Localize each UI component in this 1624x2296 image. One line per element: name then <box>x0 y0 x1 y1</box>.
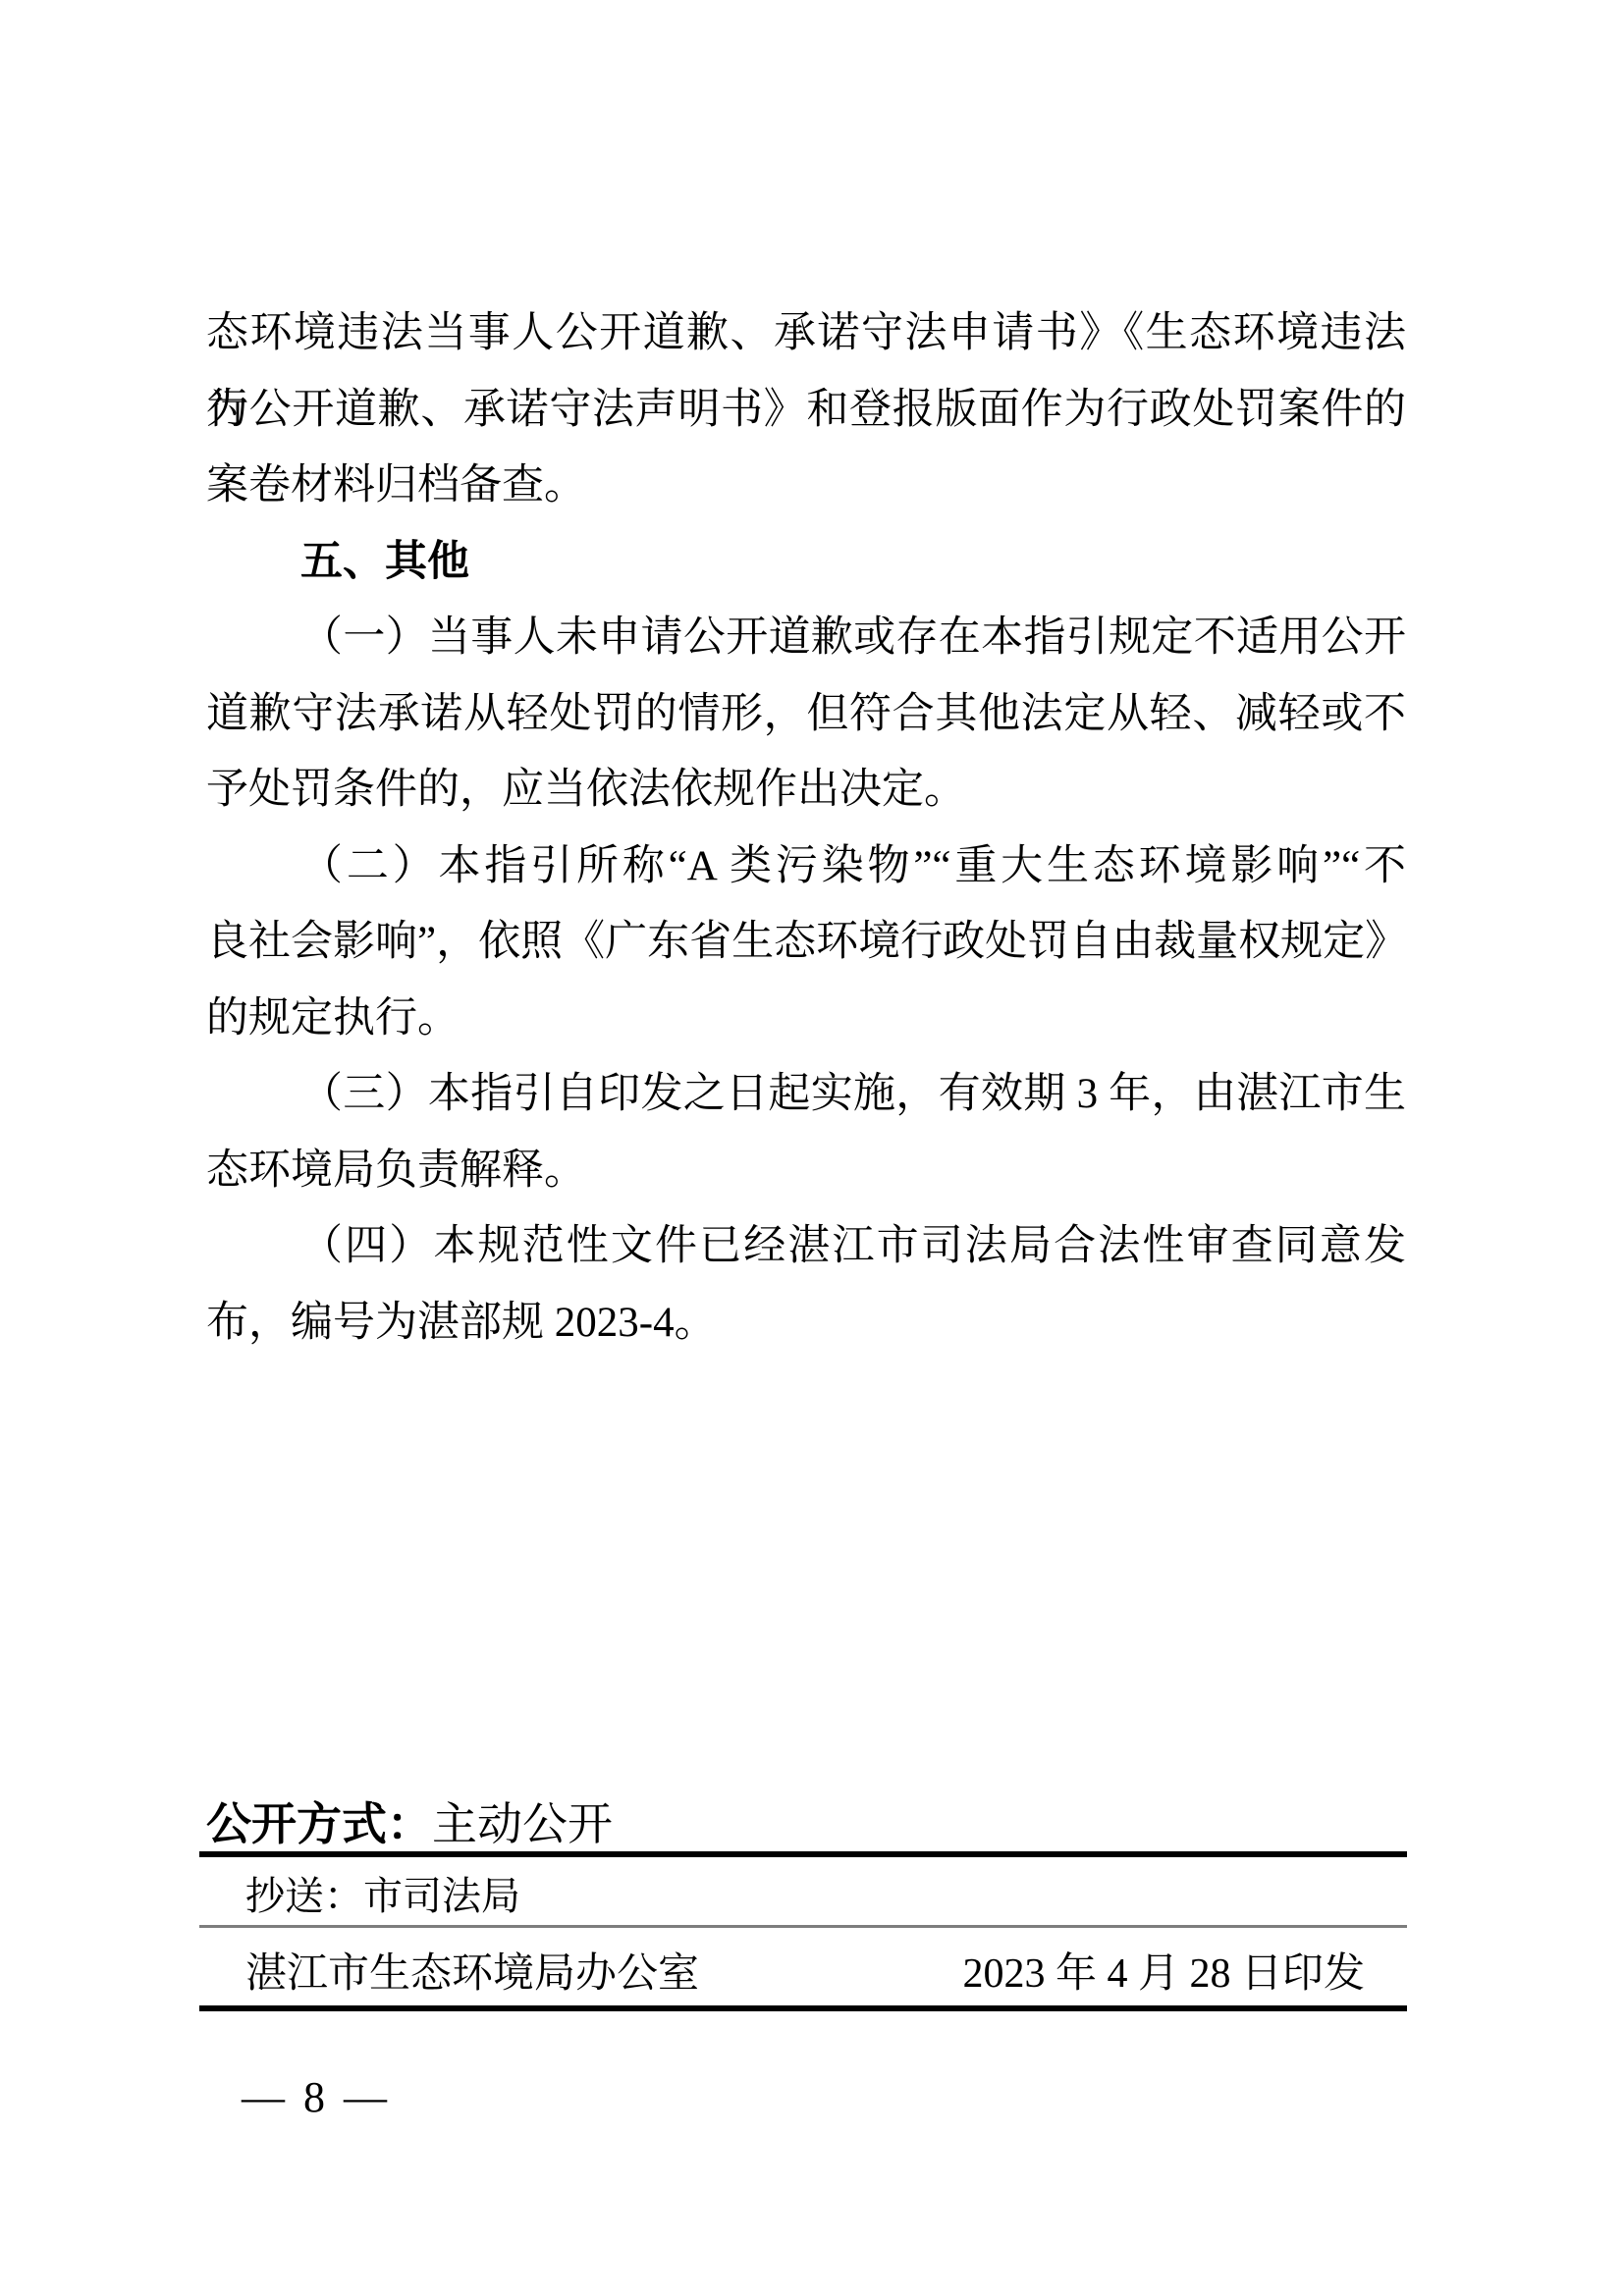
disclosure-method-value: 主动公开 <box>432 1799 613 1849</box>
disclosure-method-label: 公开方式： <box>206 1798 432 1849</box>
document-page: 态环境违法当事人公开道歉、承诺守法申请书》《生态环境违法行为公开道歉、承诺守法声… <box>0 0 1624 2296</box>
body-text-block: 态环境违法当事人公开道歉、承诺守法申请书》《生态环境违法行为公开道歉、承诺守法声… <box>206 295 1406 1361</box>
copy-to-label: 抄送： <box>245 1874 363 1918</box>
body-line: （二）本指引所称“A 类污染物”“重大生态环境影响”“不 <box>206 828 1406 905</box>
body-line: （四）本规范性文件已经湛江市司法局合法性审查同意发 <box>206 1208 1406 1285</box>
issuer-row: 湛江市生态环境局办公室 2023 年 4 月 28 日印发 <box>245 1948 1365 2001</box>
body-line: （三）本指引自印发之日起实施，有效期 3 年，由湛江市生 <box>206 1056 1406 1133</box>
body-line: 态环境违法当事人公开道歉、承诺守法申请书》《生态环境违法行 <box>206 295 1406 372</box>
issuing-office: 湛江市生态环境局办公室 <box>245 1948 699 2001</box>
footer-divider-bottom <box>199 2005 1407 2011</box>
footer-divider-middle <box>199 1925 1407 1928</box>
footer-divider-top <box>199 1851 1407 1857</box>
issue-date: 2023 年 4 月 28 日印发 <box>962 1948 1365 2001</box>
body-line: （一）当事人未申请公开道歉或存在本指引规定不适用公开 <box>206 600 1406 676</box>
body-line: 予处罚条件的，应当依法依规作出决定。 <box>206 752 1406 828</box>
body-line: 案卷材料归档备查。 <box>206 448 1406 524</box>
body-line: 态环境局负责解释。 <box>206 1133 1406 1209</box>
copy-to-value: 市司法局 <box>363 1874 520 1918</box>
section-heading: 五、其他 <box>206 524 1406 601</box>
copy-to-row: 抄送：市司法局 <box>245 1871 520 1922</box>
body-line: 布，编号为湛部规 2023-4。 <box>206 1285 1406 1362</box>
body-line: 的规定执行。 <box>206 981 1406 1057</box>
page-number: — 8 — <box>242 2073 391 2122</box>
body-line: 良社会影响”，依照《广东省生态环境行政处罚自由裁量权规定》 <box>206 904 1406 981</box>
body-line: 为公开道歉、承诺守法声明书》和登报版面作为行政处罚案件的 <box>206 372 1406 449</box>
body-line: 道歉守法承诺从轻处罚的情形，但符合其他法定从轻、减轻或不 <box>206 676 1406 753</box>
disclosure-method-row: 公开方式：主动公开 <box>206 1795 613 1853</box>
